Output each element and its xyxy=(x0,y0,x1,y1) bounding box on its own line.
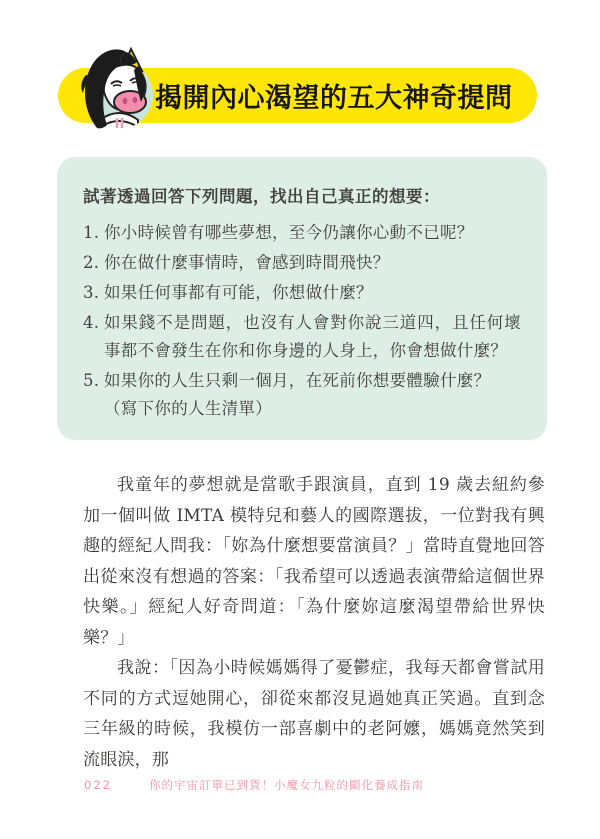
question-number: 4. xyxy=(83,309,104,365)
question-item-4: 4. 如果錢不是問題，也沒有人會對你說三道四，且任何壞事都不會發生在你和你身邊的… xyxy=(83,309,521,365)
question-text: 你小時候曾有哪些夢想，至今仍讓你心動不已呢？ xyxy=(104,219,521,247)
question-note: （寫下你的人生清單） xyxy=(104,395,521,423)
question-text: 如果任何事都有可能，你想做什麼？ xyxy=(104,279,521,307)
book-page: 揭開內心渴望的五大神奇提問 試著透過回答下列問題，找出自己真正的想要： 1. 你… xyxy=(0,0,600,839)
body-paragraph-1: 我童年的夢想就是當歌手跟演員，直到 19 歲去紐約參加一個叫做 IMTA 模特兒… xyxy=(83,470,545,653)
question-item-1: 1. 你小時候曾有哪些夢想，至今仍讓你心動不已呢？ xyxy=(83,219,521,247)
question-text: 你在做什麼事情時，會感到時間飛快？ xyxy=(104,249,521,277)
question-item-3: 3. 如果任何事都有可能，你想做什麼？ xyxy=(83,279,521,307)
question-number: 5. xyxy=(83,367,104,423)
question-text: 如果錢不是問題，也沒有人會對你說三道四，且任何壞事都不會發生在你和你身邊的人身上… xyxy=(104,309,521,365)
question-box: 試著透過回答下列問題，找出自己真正的想要： 1. 你小時候曾有哪些夢想，至今仍讓… xyxy=(57,157,547,440)
body-paragraph-2: 我說：「因為小時候媽媽得了憂鬱症，我每天都會嘗試用不同的方式逗她開心，卻從來都沒… xyxy=(83,653,545,775)
chapter-title: 揭開內心渴望的五大神奇提問 xyxy=(155,76,513,115)
question-number: 2. xyxy=(83,249,104,277)
page-number: 022 xyxy=(84,778,112,792)
page-footer: 022 你的宇宙訂單已到貨！小魔女九粒的顯化養成指南 xyxy=(84,777,424,793)
running-book-title: 你的宇宙訂單已到貨！小魔女九粒的顯化養成指南 xyxy=(149,777,424,793)
unicorn-mascot-icon xyxy=(74,46,166,142)
question-item-2: 2. 你在做什麼事情時，會感到時間飛快？ xyxy=(83,249,521,277)
body-text: 我童年的夢想就是當歌手跟演員，直到 19 歲去紐約參加一個叫做 IMTA 模特兒… xyxy=(83,470,545,775)
question-item-5: 5. 如果你的人生只剩一個月，在死前你想要體驗什麼？（寫下你的人生清單） xyxy=(83,367,521,423)
question-number: 3. xyxy=(83,279,104,307)
question-number: 1. xyxy=(83,219,104,247)
question-text-main: 如果你的人生只剩一個月，在死前你想要體驗什麼？ xyxy=(104,371,490,390)
question-box-heading: 試著透過回答下列問題，找出自己真正的想要： xyxy=(83,183,521,211)
chapter-banner: 揭開內心渴望的五大神奇提問 xyxy=(58,68,537,123)
question-text: 如果你的人生只剩一個月，在死前你想要體驗什麼？（寫下你的人生清單） xyxy=(104,367,521,423)
